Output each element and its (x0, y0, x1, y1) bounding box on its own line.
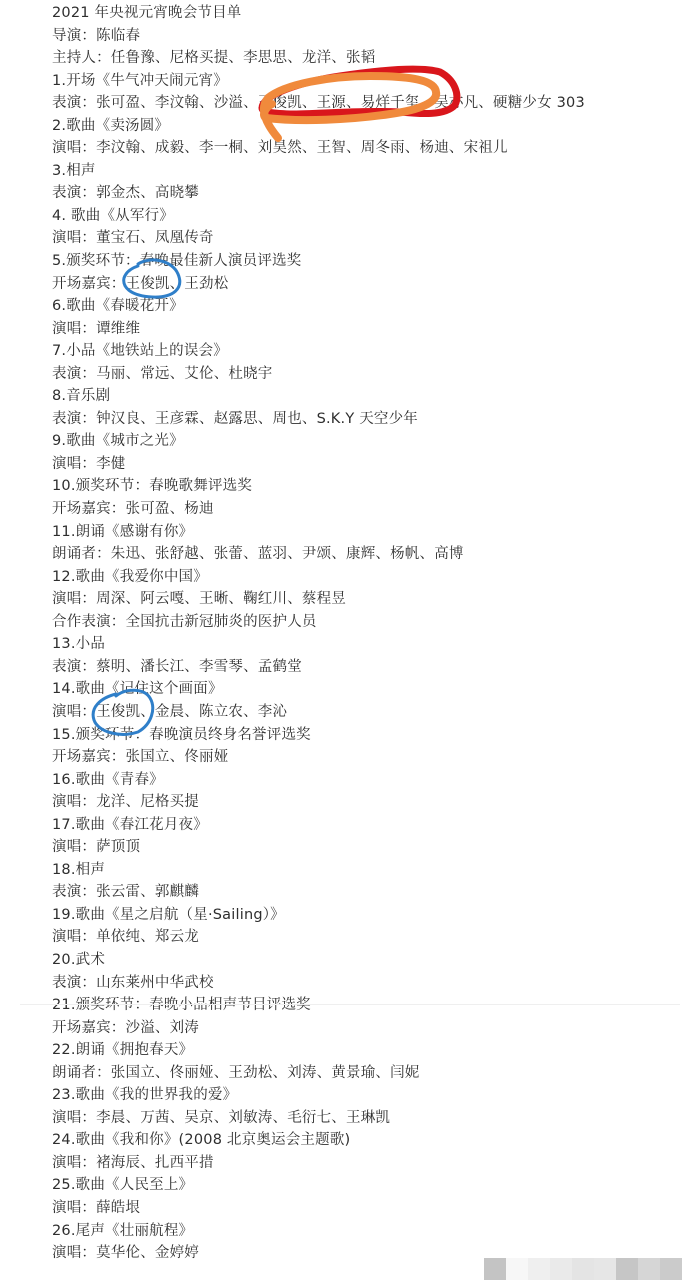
program-line: 演唱：褚海辰、扎西平措 (52, 1152, 672, 1175)
watermark-pixel (660, 1258, 682, 1280)
program-line: 表演：山东莱州中华武校 (52, 972, 672, 995)
program-line: 演唱：李晨、万茜、吴京、刘敏涛、毛衍七、王琳凯 (52, 1107, 672, 1130)
program-line: 12.歌曲《我爱你中国》 (52, 566, 672, 589)
program-line: 2.歌曲《卖汤圆》 (52, 115, 672, 138)
pixelated-watermark (484, 1258, 682, 1280)
program-line: 3.相声 (52, 160, 672, 183)
program-line: 5.颁奖环节：春晚最佳新人演员评选奖 (52, 250, 672, 273)
watermark-pixel (616, 1258, 638, 1280)
page-divider (20, 1004, 680, 1005)
program-line: 15.颁奖环节：春晚演员终身名誉评选奖 (52, 724, 672, 747)
program-line: 表演：钟汉良、王彦霖、赵露思、周也、S.K.Y 天空少年 (52, 408, 672, 431)
document-title: 2021 年央视元宵晚会节目单 (52, 2, 672, 25)
program-line: 演唱：薛皓垠 (52, 1197, 672, 1220)
watermark-pixel (572, 1258, 594, 1280)
program-line: 7.小品《地铁站上的误会》 (52, 340, 672, 363)
program-line: 开场嘉宾：张可盈、杨迪 (52, 498, 672, 521)
program-line: 演唱：李汶翰、成毅、李一桐、刘昊然、王智、周冬雨、杨迪、宋祖儿 (52, 137, 672, 160)
program-line: 17.歌曲《春江花月夜》 (52, 814, 672, 837)
program-line: 9.歌曲《城市之光》 (52, 430, 672, 453)
program-line: 演唱：萨顶顶 (52, 836, 672, 859)
program-line: 26.尾声《壮丽航程》 (52, 1220, 672, 1243)
program-line: 23.歌曲《我的世界我的爱》 (52, 1084, 672, 1107)
program-line: 24.歌曲《我和你》(2008 北京奥运会主题歌) (52, 1129, 672, 1152)
program-line: 19.歌曲《星之启航（星·Sailing）》 (52, 904, 672, 927)
program-line: 演唱：龙洋、尼格买提 (52, 791, 672, 814)
program-line: 表演：蔡明、潘长江、李雪琴、孟鹤堂 (52, 656, 672, 679)
program-line: 21.颁奖环节：春晚小品相声节目评选奖 (52, 994, 672, 1017)
program-line: 开场嘉宾：王俊凯、王劲松 (52, 273, 672, 296)
program-line: 表演：张可盈、李汶翰、沙溢、王俊凯、王源、易烊千玺、吴亦凡、硬糖少女 303 (52, 92, 672, 115)
program-line: 20.武术 (52, 949, 672, 972)
program-line: 22.朗诵《拥抱春天》 (52, 1039, 672, 1062)
program-line: 演唱：董宝石、凤凰传奇 (52, 227, 672, 250)
program-line: 25.歌曲《人民至上》 (52, 1174, 672, 1197)
program-line: 朗诵者：张国立、佟丽娅、王劲松、刘涛、黄景瑜、闫妮 (52, 1062, 672, 1085)
watermark-pixel (594, 1258, 616, 1280)
program-line: 14.歌曲《记住这个画面》 (52, 678, 672, 701)
program-list-document: 2021 年央视元宵晚会节目单 导演：陈临春 主持人：任鲁豫、尼格买提、李思思、… (52, 2, 672, 1265)
director-line: 导演：陈临春 (52, 25, 672, 48)
program-line: 表演：张云雷、郭麒麟 (52, 881, 672, 904)
program-line: 13.小品 (52, 633, 672, 656)
program-line: 4. 歌曲《从军行》 (52, 205, 672, 228)
hosts-line: 主持人：任鲁豫、尼格买提、李思思、龙洋、张韬 (52, 47, 672, 70)
program-line: 8.音乐剧 (52, 385, 672, 408)
program-items: 1.开场《牛气冲天闹元宵》表演：张可盈、李汶翰、沙溢、王俊凯、王源、易烊千玺、吴… (52, 70, 672, 1265)
program-line: 1.开场《牛气冲天闹元宵》 (52, 70, 672, 93)
program-line: 演唱：单依纯、郑云龙 (52, 926, 672, 949)
program-line: 16.歌曲《青春》 (52, 769, 672, 792)
program-line: 开场嘉宾：张国立、佟丽娅 (52, 746, 672, 769)
watermark-pixel (506, 1258, 528, 1280)
program-line: 18.相声 (52, 859, 672, 882)
program-line: 表演：郭金杰、高晓攀 (52, 182, 672, 205)
program-line: 演唱：李健 (52, 453, 672, 476)
program-line: 朗诵者：朱迅、张舒越、张蕾、蓝羽、尹颂、康辉、杨帆、高博 (52, 543, 672, 566)
watermark-pixel (550, 1258, 572, 1280)
program-line: 演唱：周深、阿云嘎、王晰、鞠红川、蔡程昱 (52, 588, 672, 611)
watermark-pixel (638, 1258, 660, 1280)
program-line: 开场嘉宾：沙溢、刘涛 (52, 1017, 672, 1040)
watermark-pixel (528, 1258, 550, 1280)
program-line: 10.颁奖环节：春晚歌舞评选奖 (52, 475, 672, 498)
program-line: 演唱：谭维维 (52, 318, 672, 341)
program-line: 6.歌曲《春暖花开》 (52, 295, 672, 318)
program-line: 合作表演：全国抗击新冠肺炎的医护人员 (52, 611, 672, 634)
program-line: 表演：马丽、常远、艾伦、杜晓宇 (52, 363, 672, 386)
program-line: 11.朗诵《感谢有你》 (52, 521, 672, 544)
watermark-pixel (484, 1258, 506, 1280)
program-line: 演唱：王俊凯、金晨、陈立农、李沁 (52, 701, 672, 724)
